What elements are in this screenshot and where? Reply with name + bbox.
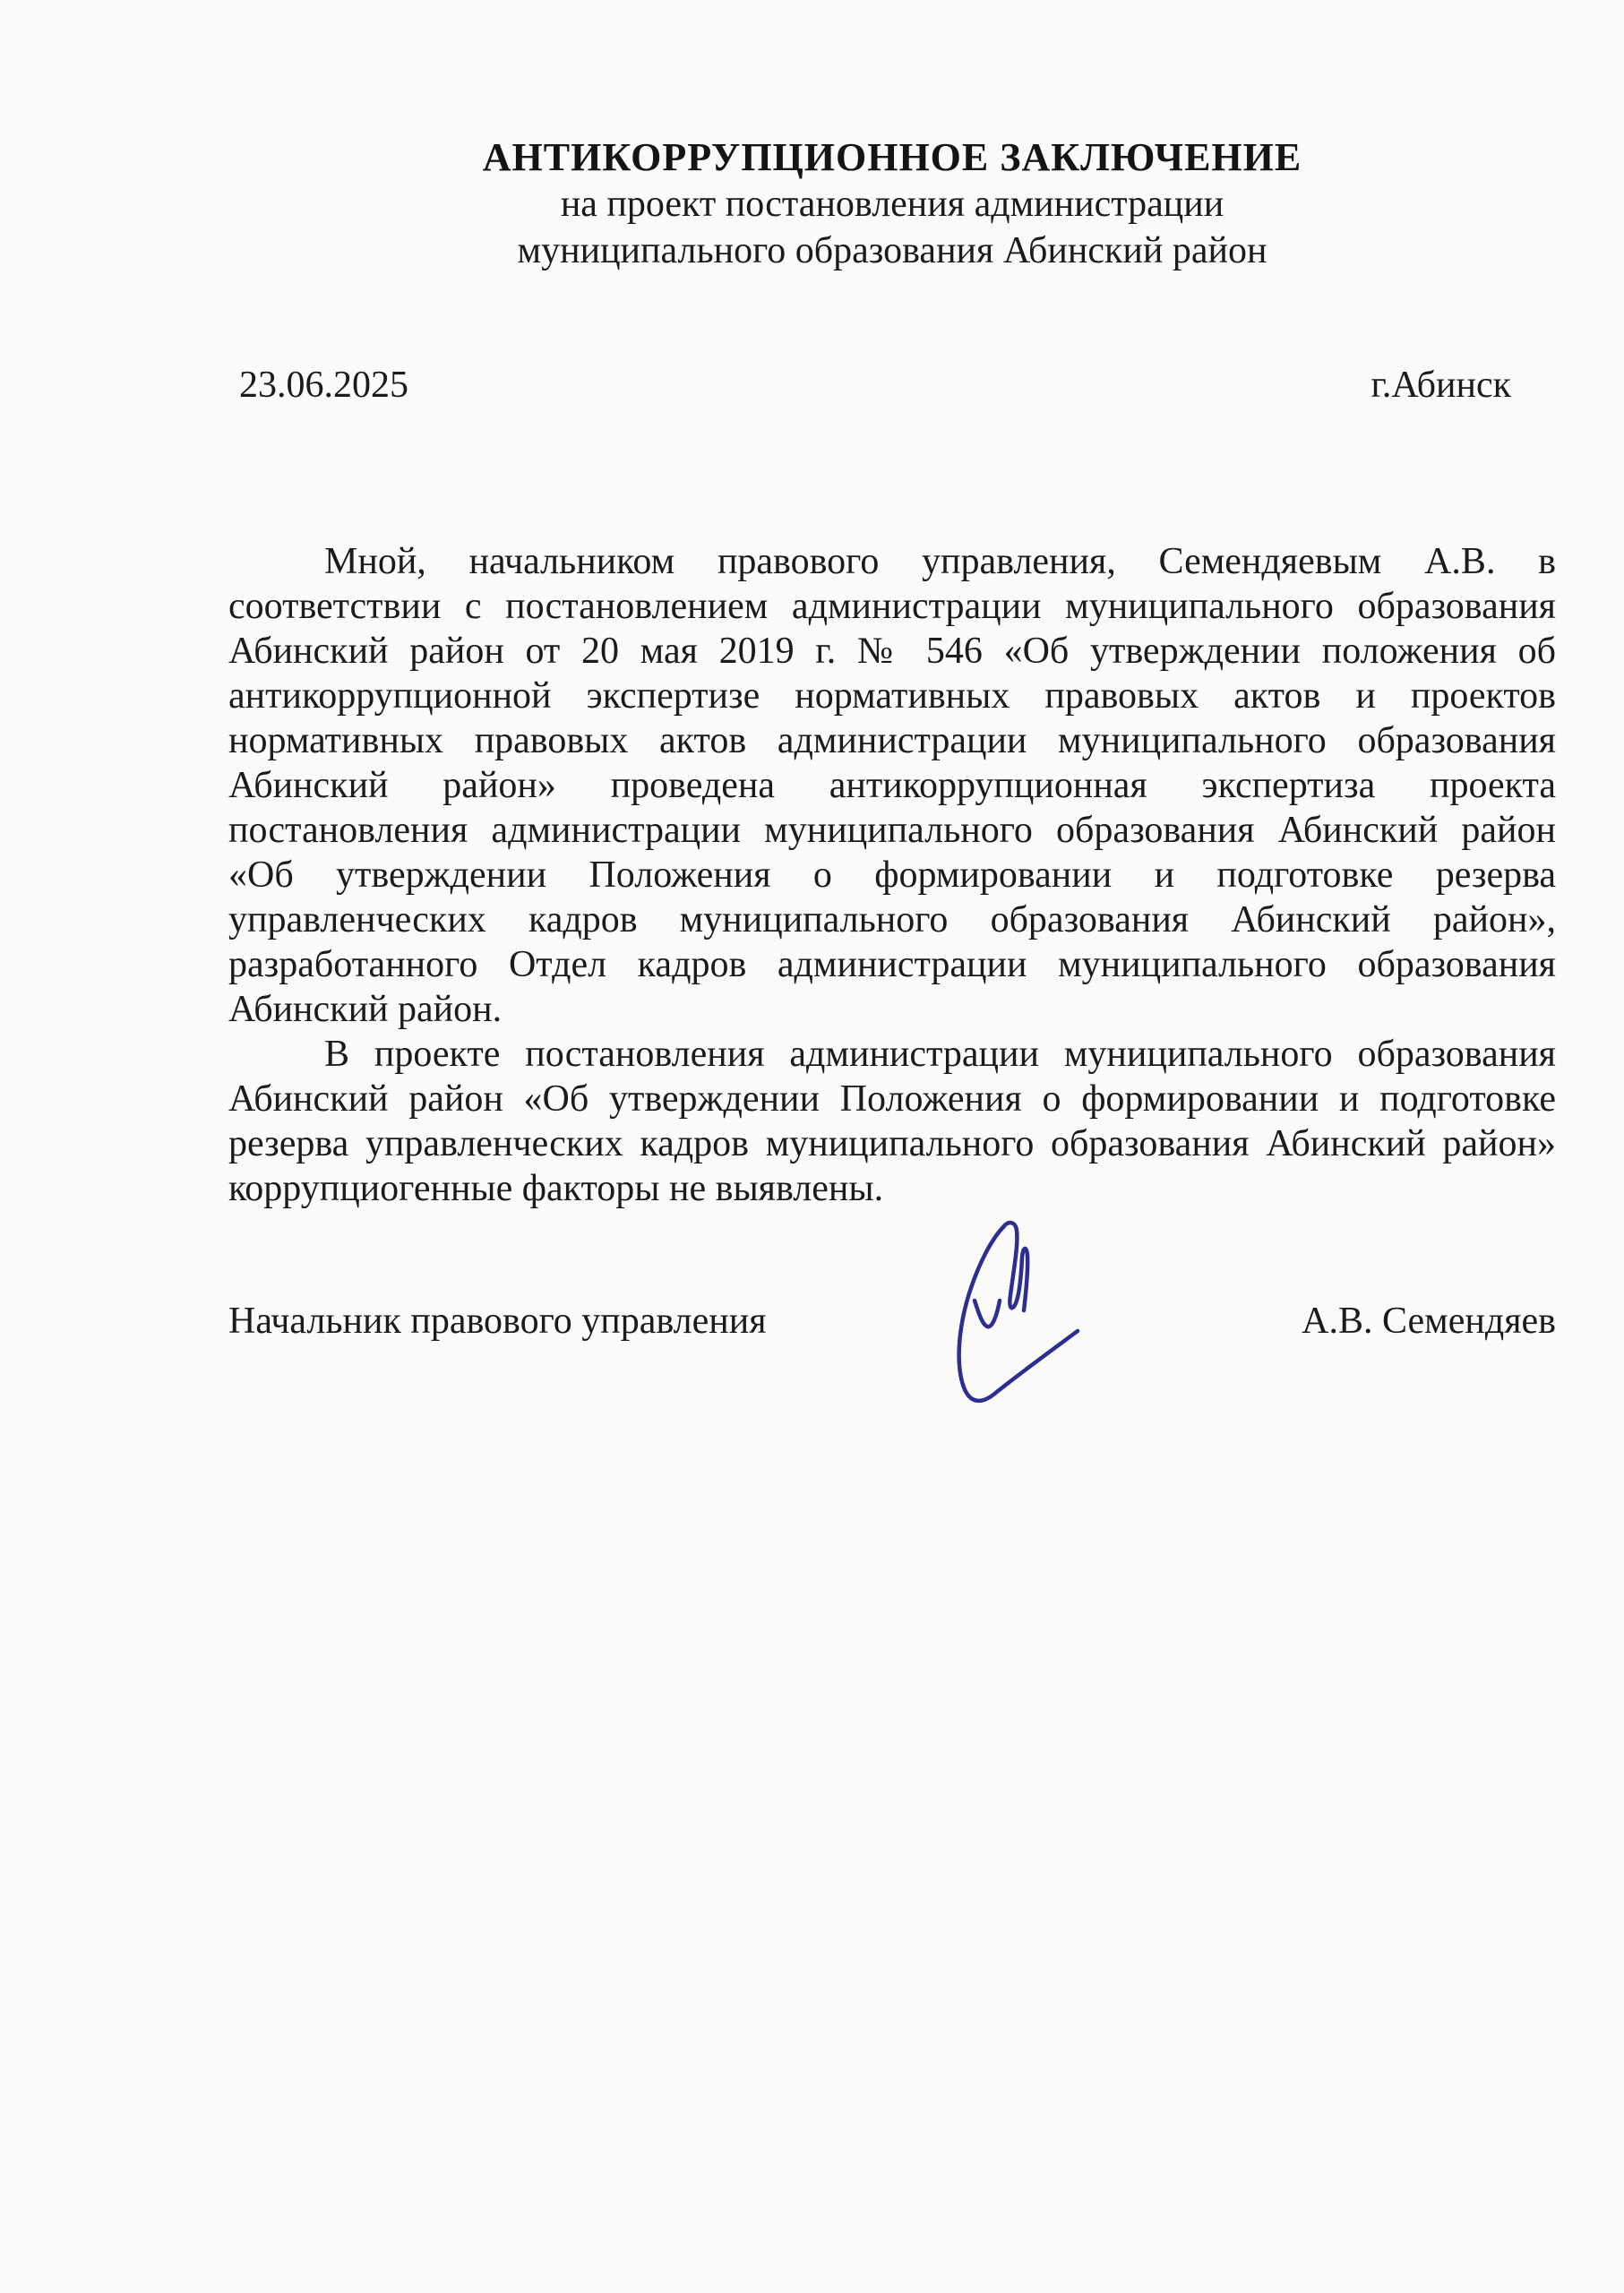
paragraph-1-line: разработанного Отдел кадров администраци… — [228, 942, 1556, 987]
title-block: АНТИКОРРУПЦИОННОЕ ЗАКЛЮЧЕНИЕ на проект п… — [228, 134, 1556, 274]
paragraph-1-line: управленческих кадров муниципального обр… — [228, 897, 1556, 942]
paragraph-1-line: соответствии с постановлением администра… — [228, 584, 1556, 629]
paragraph-1-line: Абинский район от 20 мая 2019 г. № 546 «… — [228, 629, 1556, 674]
document-title: АНТИКОРРУПЦИОННОЕ ЗАКЛЮЧЕНИЕ — [228, 134, 1556, 181]
paragraph-2-line: коррупциогенные факторы не выявлены. — [228, 1166, 1556, 1211]
paragraph-1-line: «Об утверждении Положения о формировании… — [228, 853, 1556, 897]
date-row: 23.06.2025 г.Абинск — [228, 363, 1556, 408]
signature-row: Начальник правового управления А.В. Семе… — [228, 1299, 1556, 1344]
paragraph-2-line: резерва управленческих кадров муниципаль… — [228, 1121, 1556, 1166]
paragraph-1-line: нормативных правовых актов администрации… — [228, 718, 1556, 763]
handwritten-signature-icon — [948, 1218, 1084, 1410]
signatory-name: А.В. Семендяев — [1302, 1299, 1556, 1344]
title-subtitle-line2: муниципального образования Абинский райо… — [228, 228, 1556, 274]
paragraph-1-line: Мной, начальником правового управления, … — [228, 539, 1556, 584]
document-city: г.Абинск — [1371, 363, 1556, 408]
signatory-position: Начальник правового управления — [228, 1299, 767, 1344]
title-subtitle-line1: на проект постановления администрации — [228, 181, 1556, 228]
document-date: 23.06.2025 — [228, 363, 408, 408]
body-text: Мной, начальником правового управления, … — [228, 539, 1556, 1211]
paragraph-1-line: антикоррупционной экспертизе нормативных… — [228, 674, 1556, 718]
paragraph-1-line: Абинский район. — [228, 987, 1556, 1032]
paragraph-1-line: Абинский район» проведена антикоррупцион… — [228, 763, 1556, 808]
paragraph-2-line: Абинский район «Об утверждении Положения… — [228, 1077, 1556, 1121]
document-page: АНТИКОРРУПЦИОННОЕ ЗАКЛЮЧЕНИЕ на проект п… — [0, 0, 1624, 2293]
paragraph-2-line: В проекте постановления администрации му… — [228, 1032, 1556, 1077]
paragraph-1-line: постановления администрации муниципально… — [228, 808, 1556, 853]
